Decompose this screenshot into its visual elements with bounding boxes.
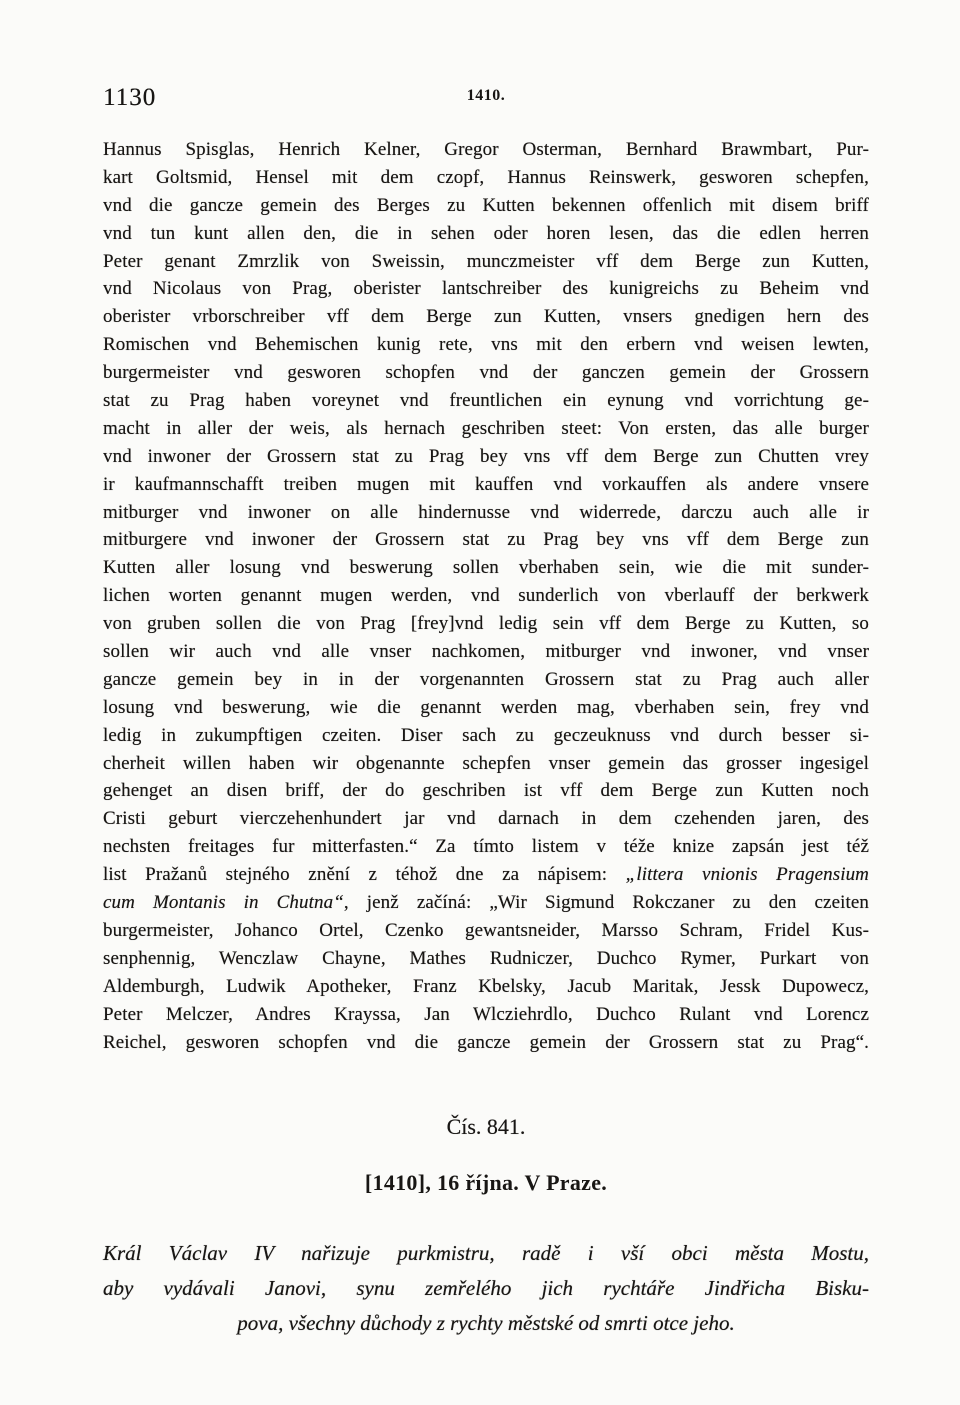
text-line: cherheit willen haben wir obgenannte sch… bbox=[103, 750, 869, 778]
text-line: vnd tun kunt allen den, die in sehen ode… bbox=[103, 220, 869, 248]
text-segment: gancze gemein bey in in der vorgenannten… bbox=[103, 669, 869, 690]
text-segment: Peter genant Zmrzlik von Sweissin, muncz… bbox=[103, 251, 869, 272]
text-segment: gehenget an disen briff, der do geschrib… bbox=[103, 780, 869, 801]
text-segment: Hannus Spisglas, Henrich Kelner, Gregor … bbox=[103, 139, 869, 160]
text-line: mitburger vnd inwoner on alle hindernuss… bbox=[103, 499, 869, 527]
text-segment: macht in aller der weis, als hernach ges… bbox=[103, 418, 869, 439]
text-segment: Peter Melczer, Andres Krayssa, Jan Wlczi… bbox=[103, 1004, 869, 1025]
text-segment: von gruben sollen die von Prag [frey]vnd… bbox=[103, 613, 869, 634]
text-segment: vnd die gancze gemein des Berges zu Kutt… bbox=[103, 195, 869, 216]
summary-line: pova, všechny důchody z rychty městské o… bbox=[103, 1306, 869, 1341]
entry-number-heading: Čís. 841. bbox=[103, 1114, 869, 1140]
text-segment: nechsten freitages fur mitterfasten.“ Za… bbox=[103, 836, 869, 857]
text-line: losung vnd beswerung, wie die genannt we… bbox=[103, 694, 869, 722]
italic-phrase: „littera vnionis Pragensium bbox=[626, 864, 869, 885]
text-line: von gruben sollen die von Prag [frey]vnd… bbox=[103, 610, 869, 638]
summary-line: Král Václav IV nařizuje purkmistru, radě… bbox=[103, 1236, 869, 1271]
text-line: ir kaufmannschafft treiben mugen mit kau… bbox=[103, 471, 869, 499]
text-segment: losung vnd beswerung, wie die genannt we… bbox=[103, 697, 869, 718]
text-segment: Romischen vnd Behemischen kunig rete, vn… bbox=[103, 334, 869, 355]
text-line: Reichel, gesworen schopfen vnd die gancz… bbox=[103, 1029, 869, 1057]
text-line: vnd inwoner der Grossern stat zu Prag be… bbox=[103, 443, 869, 471]
text-line: Hannus Spisglas, Henrich Kelner, Gregor … bbox=[103, 136, 869, 164]
text-segment: burgermeister, Johanco Ortel, Czenko gew… bbox=[103, 920, 869, 941]
text-line: Romischen vnd Behemischen kunig rete, vn… bbox=[103, 331, 869, 359]
text-line: Aldemburgh, Ludwik Apotheker, Franz Kbel… bbox=[103, 973, 869, 1001]
charter-text: Hannus Spisglas, Henrich Kelner, Gregor … bbox=[103, 136, 869, 1056]
text-segment: vnd inwoner der Grossern stat zu Prag be… bbox=[103, 446, 869, 467]
text-segment: vnd tun kunt allen den, die in sehen ode… bbox=[103, 223, 869, 244]
text-segment: , jenž začíná: „Wir Sigmund Rokczaner zu… bbox=[344, 892, 869, 913]
text-segment: ir kaufmannschafft treiben mugen mit kau… bbox=[103, 474, 869, 495]
text-line: senphennig, Wenczlaw Chayne, Mathes Rudn… bbox=[103, 945, 869, 973]
entry-date-heading: [1410], 16 října. V Praze. bbox=[103, 1170, 869, 1196]
text-segment: Aldemburgh, Ludwik Apotheker, Franz Kbel… bbox=[103, 976, 869, 997]
text-line: macht in aller der weis, als hernach ges… bbox=[103, 415, 869, 443]
text-segment: Kutten aller losung vnd beswerung sollen… bbox=[103, 557, 869, 578]
text-line: vnd die gancze gemein des Berges zu Kutt… bbox=[103, 192, 869, 220]
text-line: oberister vrborschreiber vff dem Berge z… bbox=[103, 303, 869, 331]
text-segment: mitburgere vnd inwoner der Grossern stat… bbox=[103, 529, 869, 550]
year-running-head: 1410. bbox=[103, 87, 869, 105]
text-line: kart Goltsmid, Hensel mit dem czopf, Han… bbox=[103, 164, 869, 192]
text-line: Cristi geburt vierczehenhundert jar vnd … bbox=[103, 805, 869, 833]
text-segment: mitburger vnd inwoner on alle hindernuss… bbox=[103, 502, 869, 523]
entry-summary: Král Václav IV nařizuje purkmistru, radě… bbox=[103, 1236, 869, 1341]
text-line: cum Montanis in Chutna“, jenž začíná: „W… bbox=[103, 889, 869, 917]
summary-line: aby vydávali Janovi, synu zemřelého jich… bbox=[103, 1271, 869, 1306]
text-segment: ledig in zukumpftigen czeiten. Diser sac… bbox=[103, 725, 869, 746]
text-line: gehenget an disen briff, der do geschrib… bbox=[103, 777, 869, 805]
text-line: ledig in zukumpftigen czeiten. Diser sac… bbox=[103, 722, 869, 750]
text-line: Peter Melczer, Andres Krayssa, Jan Wlczi… bbox=[103, 1001, 869, 1029]
text-line: mitburgere vnd inwoner der Grossern stat… bbox=[103, 526, 869, 554]
text-segment: stat zu Prag haben voreynet vnd freuntli… bbox=[103, 390, 869, 411]
text-segment: senphennig, Wenczlaw Chayne, Mathes Rudn… bbox=[103, 948, 869, 969]
text-line: nechsten freitages fur mitterfasten.“ Za… bbox=[103, 833, 869, 861]
text-line: Peter genant Zmrzlik von Sweissin, muncz… bbox=[103, 248, 869, 276]
text-line: vnd Nicolaus von Prag, oberister lantsch… bbox=[103, 275, 869, 303]
text-line: burgermeister, Johanco Ortel, Czenko gew… bbox=[103, 917, 869, 945]
text-segment: list Pražanů stejného znění z téhož dne … bbox=[103, 864, 626, 885]
text-segment: Cristi geburt vierczehenhundert jar vnd … bbox=[103, 808, 869, 829]
text-line: sollen wir auch vnd alle vnser nachkomen… bbox=[103, 638, 869, 666]
text-line: lichen worten genannt mugen werden, vnd … bbox=[103, 582, 869, 610]
scanned-page: 1130 1410. Hannus Spisglas, Henrich Keln… bbox=[0, 0, 960, 1405]
text-line: Kutten aller losung vnd beswerung sollen… bbox=[103, 554, 869, 582]
text-line: stat zu Prag haben voreynet vnd freuntli… bbox=[103, 387, 869, 415]
text-segment: kart Goltsmid, Hensel mit dem czopf, Han… bbox=[103, 167, 869, 188]
italic-phrase: cum Montanis in Chutna“ bbox=[103, 892, 344, 913]
text-line: burgermeister vnd gesworen schopfen vnd … bbox=[103, 359, 869, 387]
text-segment: burgermeister vnd gesworen schopfen vnd … bbox=[103, 362, 869, 383]
text-line: gancze gemein bey in in der vorgenannten… bbox=[103, 666, 869, 694]
text-segment: lichen worten genannt mugen werden, vnd … bbox=[103, 585, 869, 606]
text-segment: vnd Nicolaus von Prag, oberister lantsch… bbox=[103, 278, 869, 299]
text-segment: oberister vrborschreiber vff dem Berge z… bbox=[103, 306, 869, 327]
text-segment: sollen wir auch vnd alle vnser nachkomen… bbox=[103, 641, 869, 662]
text-segment: cherheit willen haben wir obgenannte sch… bbox=[103, 753, 869, 774]
text-line: list Pražanů stejného znění z téhož dne … bbox=[103, 861, 869, 889]
text-segment: Reichel, gesworen schopfen vnd die gancz… bbox=[103, 1032, 869, 1053]
